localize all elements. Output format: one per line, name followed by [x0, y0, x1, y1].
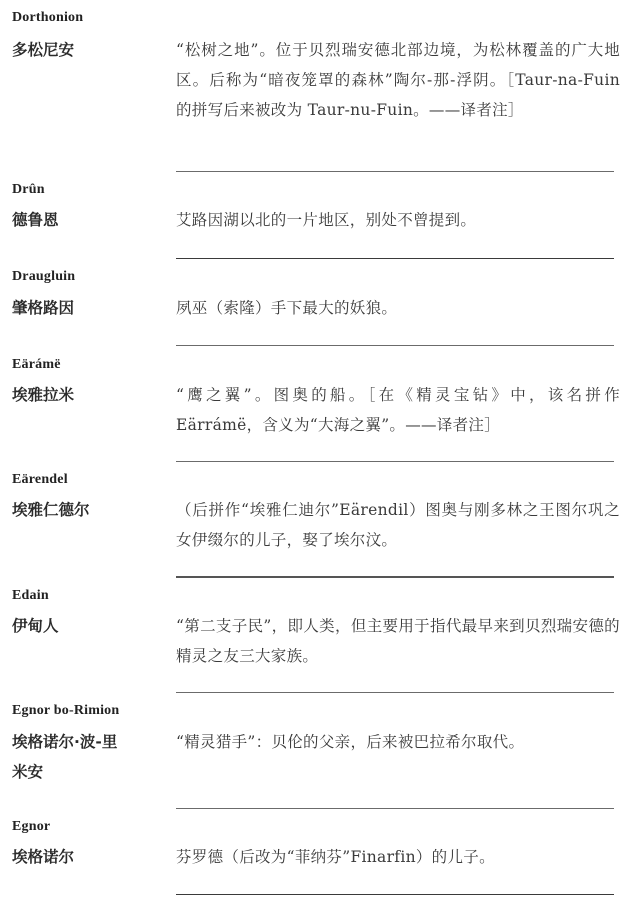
- term-definition: “精灵猎手”：贝伦的父亲，后来被巴拉希尔取代。: [176, 727, 620, 757]
- term-chinese: 多松尼安: [12, 35, 162, 65]
- term-definition: 艾路因湖以北的一片地区，别处不曾提到。: [176, 205, 620, 235]
- term-english: Draugluin: [12, 269, 75, 285]
- term-definition: 夙巫（索隆）手下最大的妖狼。: [176, 293, 620, 323]
- term-definition: “鹰之翼”。图奥的船。［在《精灵宝钻》中，该名拼作 Eärrámë，含义为“大海…: [176, 380, 620, 440]
- term-english: Dorthonion: [12, 10, 83, 26]
- term-english: Eärendel: [12, 472, 68, 488]
- entry-divider: [176, 692, 614, 693]
- term-english: Egnor bo-Rimion: [12, 703, 119, 719]
- term-chinese: 埃格诺尔: [12, 842, 162, 872]
- term-english: Edain: [12, 588, 49, 604]
- term-chinese: 伊甸人: [12, 611, 162, 641]
- entry-divider: [176, 258, 614, 259]
- entry-divider: [176, 461, 614, 462]
- term-chinese: 埃雅仁德尔: [12, 495, 162, 525]
- term-definition: “松树之地”。位于贝烈瑞安德北部边境，为松林覆盖的广大地区。后称为“暗夜笼罩的森…: [176, 35, 620, 125]
- term-english: Drûn: [12, 182, 45, 198]
- term-definition: （后拼作“埃雅仁迪尔”Eärendil）图奥与刚多林之王图尔巩之女伊缀尔的儿子，…: [176, 495, 620, 555]
- entry-divider: [176, 808, 614, 809]
- term-definition: “第二支子民”，即人类，但主要用于指代最早来到贝烈瑞安德的精灵之友三大家族。: [176, 611, 620, 671]
- term-english: Egnor: [12, 819, 50, 835]
- entry-divider: [176, 171, 614, 172]
- entry-divider: [176, 894, 614, 895]
- term-chinese: 埃雅拉米: [12, 380, 162, 410]
- term-chinese: 德鲁恩: [12, 205, 162, 235]
- term-chinese: 肇格路因: [12, 293, 162, 323]
- term-chinese: 埃格诺尔·波-里米安: [12, 727, 132, 787]
- term-english: Eärámë: [12, 357, 61, 373]
- term-definition: 芬罗德（后改为“菲纳芬”Finarfin）的儿子。: [176, 842, 620, 872]
- entry-divider: [176, 345, 614, 346]
- entry-divider: [176, 576, 614, 578]
